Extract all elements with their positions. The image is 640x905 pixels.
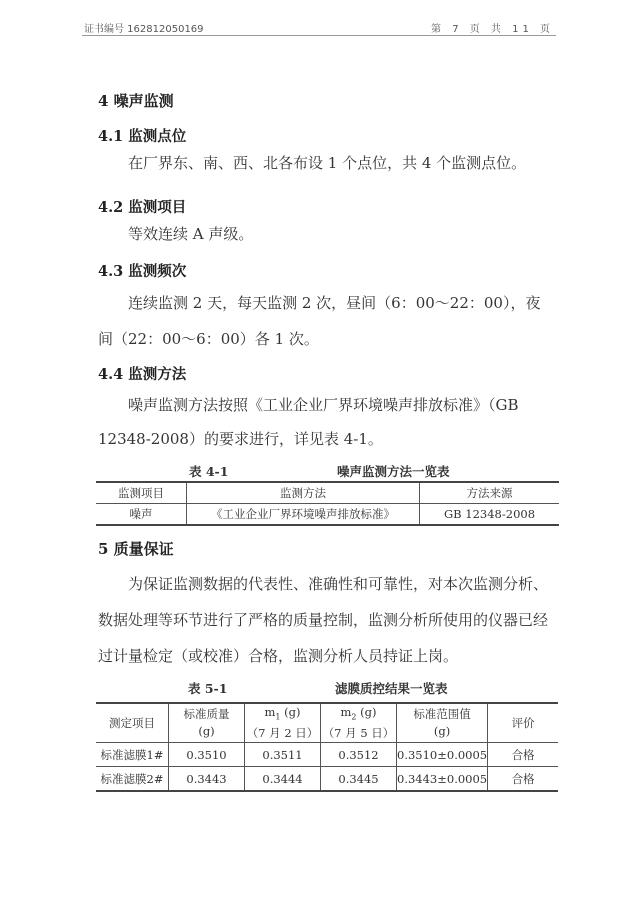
certificate-number: 证书编号 162812050169 xyxy=(84,20,204,35)
section-5-text: 为保证监测数据的代表性、准确性和可靠性，对本次监测分析、数据处理等环节进行了严格… xyxy=(98,566,553,674)
section-4-4-text: 噪声监测方法按照《工业企业厂界环境噪声排放标准》（GB 12348-2008）的… xyxy=(98,388,553,456)
page-indicator: 第 7 页 共 11 页 xyxy=(431,20,554,35)
page-header: 证书编号 162812050169 第 7 页 共 11 页 xyxy=(82,18,556,36)
header-cell: 评价 xyxy=(488,703,558,743)
header-cell: 监测项目 xyxy=(96,482,187,504)
header-cell: m1 (g)（7 月 2 日） xyxy=(245,703,321,743)
header-cell: 测定项目 xyxy=(96,703,169,743)
section-4-4-title: 4.4 监测方法 xyxy=(98,363,186,384)
header-cell: 标准质量(g) xyxy=(169,703,245,743)
header-cell: 方法来源 xyxy=(420,482,560,504)
table-5-1-title: 滤膜质控结果一览表 xyxy=(335,679,448,697)
table-cell: 0.3511 xyxy=(245,743,321,767)
table-4-1-title: 噪声监测方法一览表 xyxy=(337,462,450,480)
section-5-title: 5 质量保证 xyxy=(98,538,174,559)
table-cell: 0.3444 xyxy=(245,767,321,792)
table-cell: 0.3510 xyxy=(169,743,245,767)
table-cell: 0.3443 xyxy=(169,767,245,792)
header-cell: 标准范围值(g) xyxy=(397,703,488,743)
header-cell: 监测方法 xyxy=(187,482,420,504)
table-header-row: 监测项目 监测方法 方法来源 xyxy=(96,482,559,504)
table-cell: 《工业企业厂界环境噪声排放标准》 xyxy=(187,504,420,526)
table-cell: 标准滤膜2# xyxy=(96,767,169,792)
header-cell: m2 (g)（7 月 5 日） xyxy=(321,703,397,743)
table-5-1: 测定项目 标准质量(g) m1 (g)（7 月 2 日） m2 (g)（7 月 … xyxy=(96,702,558,792)
table-header-row: 测定项目 标准质量(g) m1 (g)（7 月 2 日） m2 (g)（7 月 … xyxy=(96,703,558,743)
table-4-1: 监测项目 监测方法 方法来源 噪声 《工业企业厂界环境噪声排放标准》 GB 12… xyxy=(96,481,559,526)
section-4-3-title: 4.3 监测频次 xyxy=(98,260,186,281)
table-5-1-number: 表 5-1 xyxy=(188,679,227,697)
section-4-2-text: 等效连续 A 声级。 xyxy=(98,217,550,251)
table-cell: GB 12348-2008 xyxy=(420,504,560,526)
table-cell: 0.3512 xyxy=(321,743,397,767)
table-cell: 标准滤膜1# xyxy=(96,743,169,767)
section-4-1-title: 4.1 监测点位 xyxy=(98,125,186,146)
table-row: 标准滤膜1# 0.3510 0.3511 0.3512 0.3510±0.000… xyxy=(96,743,558,767)
table-cell: 0.3445 xyxy=(321,767,397,792)
table-cell: 噪声 xyxy=(96,504,187,526)
table-cell: 合格 xyxy=(488,767,558,792)
table-cell: 0.3443±0.0005 xyxy=(397,767,488,792)
section-4-title: 4 噪声监测 xyxy=(98,90,174,111)
table-row: 噪声 《工业企业厂界环境噪声排放标准》 GB 12348-2008 xyxy=(96,504,559,526)
section-4-1-text: 在厂界东、南、西、北各布设 1 个点位，共 4 个监测点位。 xyxy=(98,146,550,180)
table-cell: 0.3510±0.0005 xyxy=(397,743,488,767)
table-4-1-number: 表 4-1 xyxy=(189,462,228,480)
section-4-3-text: 连续监测 2 天，每天监测 2 次，昼间（6：00～22：00），夜间（22：0… xyxy=(98,285,553,357)
table-cell: 合格 xyxy=(488,743,558,767)
section-4-2-title: 4.2 监测项目 xyxy=(98,196,186,217)
table-row: 标准滤膜2# 0.3443 0.3444 0.3445 0.3443±0.000… xyxy=(96,767,558,792)
